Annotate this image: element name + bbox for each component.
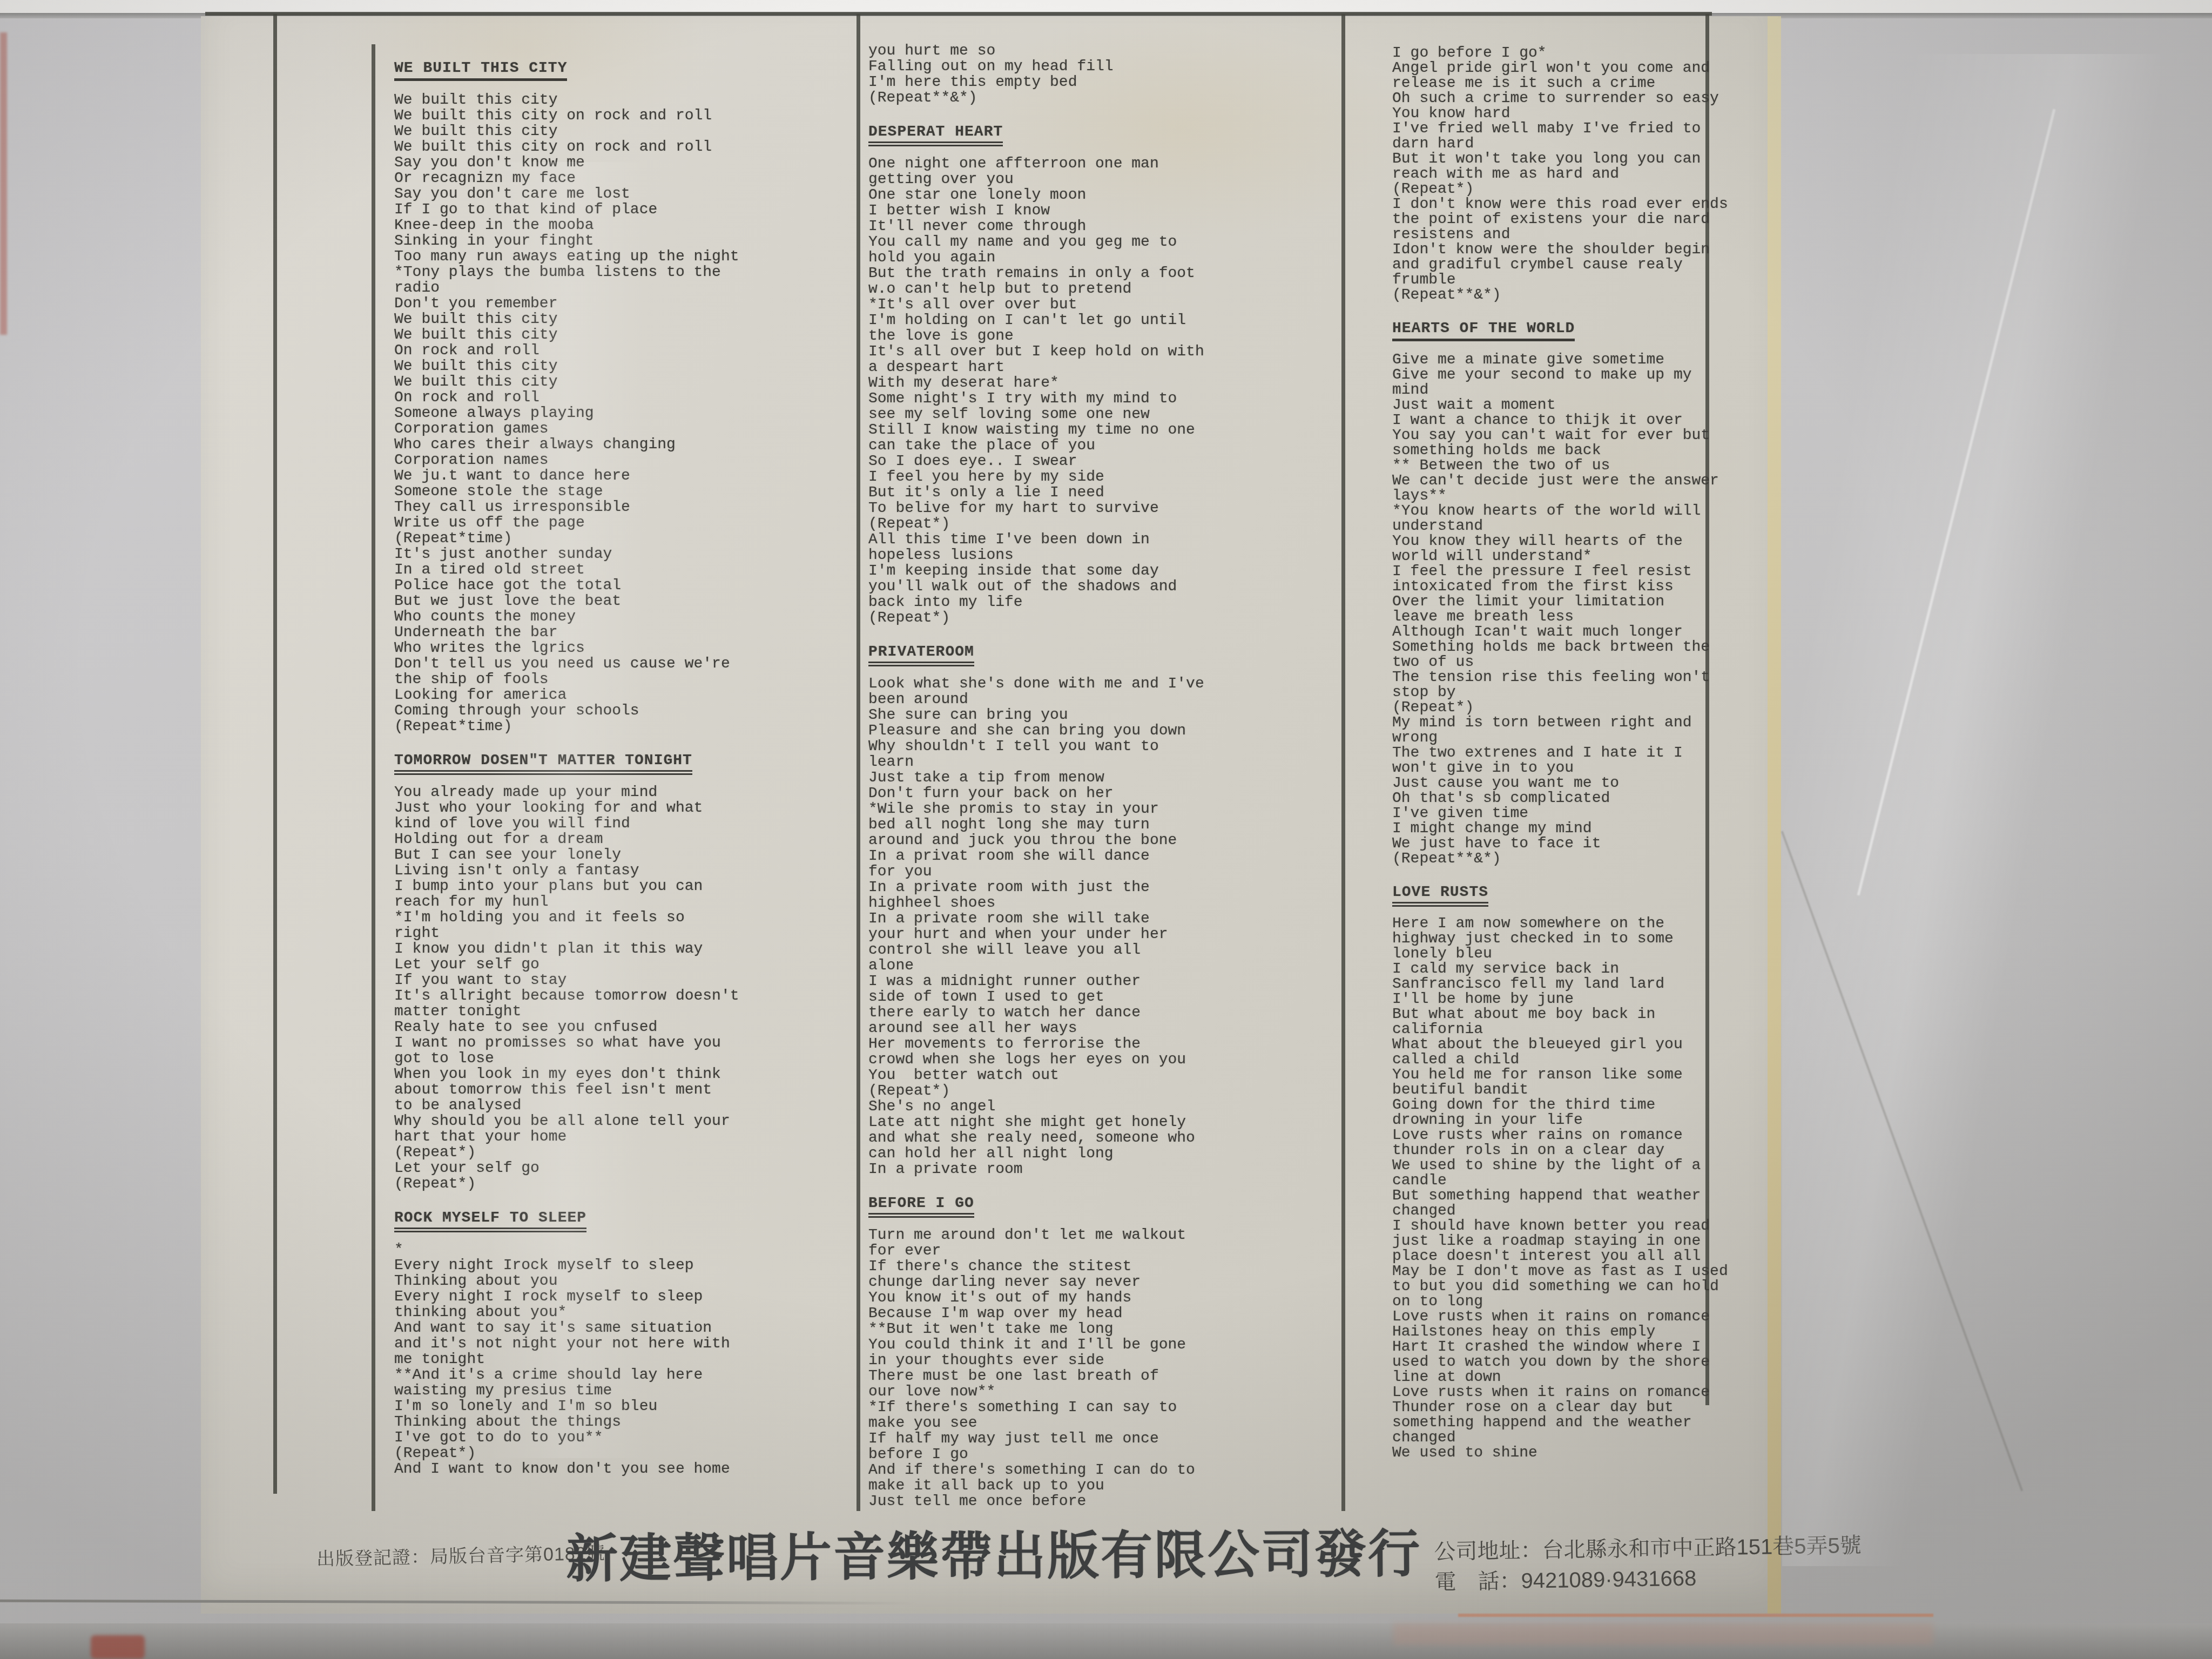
song-section-heading: WE BUILT THIS CITY — [394, 60, 848, 76]
lyric-line: you'll walk out of the shadows and — [868, 579, 1333, 595]
lyric-line: But something happend that weather — [1392, 1189, 1824, 1204]
lyric-line: make you see — [868, 1415, 1333, 1431]
frame-rule-top — [205, 12, 1712, 16]
lyric-line: chunge darling never say never — [868, 1274, 1333, 1290]
lyric-line: We just have to face it — [1392, 837, 1824, 852]
frame-rule-col1-col2 — [857, 14, 860, 1511]
song-title: DESPERAT HEART — [868, 124, 1003, 146]
lyric-line: I better wish I know — [868, 203, 1333, 219]
lyric-line: (Repeat*) — [394, 1145, 848, 1161]
lyric-line: intoxicated from the first kiss — [1392, 579, 1824, 595]
lyric-line: Just cause you want me to — [1392, 776, 1824, 791]
song-title: BEFORE I GO — [868, 1195, 974, 1218]
lyric-line: Because I'm wap over my head — [868, 1306, 1333, 1321]
lyric-line: You know they will hearts of the — [1392, 534, 1824, 549]
lyric-line: won't give in to you — [1392, 761, 1824, 776]
publisher-contact: 公司地址：台北縣永和市中正路151巷5弄5號 電 話：9421089·94316… — [1434, 1530, 1862, 1597]
lyric-line: got to lose — [394, 1051, 848, 1067]
lyric-line: Just tell me once before — [868, 1494, 1333, 1509]
lyric-line: (Repeat*) — [394, 1176, 848, 1192]
song-section-heading: LOVE RUSTS — [1392, 885, 1824, 900]
lyric-line: We used to shine — [1392, 1446, 1824, 1461]
lyric-line: *I'm holding you and it feels so — [394, 910, 848, 926]
lyric-line: something holds me back — [1392, 443, 1824, 458]
lyric-line: Someone stole the stage — [394, 484, 848, 500]
lyric-line: place doesn't interest you all all — [1392, 1249, 1824, 1264]
lyric-line: Here I am now somewhere on the — [1392, 916, 1824, 932]
lyric-line: If you want to stay — [394, 973, 848, 988]
lyric-line: the love is gone — [868, 328, 1333, 344]
lyric-line: radio — [394, 280, 848, 296]
lyric-column-2: you hurt me soFalling out on my head fil… — [868, 43, 1333, 1509]
lyric-line: It's allright because tomorrow doesn't — [394, 988, 848, 1004]
lyric-line: We built this city — [394, 374, 848, 390]
lyric-line: Hailstones heay on this emply — [1392, 1325, 1824, 1340]
lyric-line: see my self loving some one new — [868, 407, 1333, 422]
lyric-line: make it all back up to you — [868, 1478, 1333, 1494]
lyric-line: to be analysed — [394, 1098, 848, 1114]
song-section-heading: TOMORROW DOSEN"T MATTER TONIGHT — [394, 753, 848, 768]
lyric-line: She sure can bring you — [868, 707, 1333, 723]
lyric-line: in your thoughts ever side — [868, 1353, 1333, 1368]
lyric-line: And want to say it's same situation — [394, 1320, 848, 1336]
lyric-line: *It's all over over but — [868, 297, 1333, 313]
frame-rule-col1-left — [372, 44, 375, 1511]
lyric-line: reach for my hunl — [394, 894, 848, 910]
lyric-line: Give me a minate give sometime — [1392, 353, 1824, 368]
lyric-line: (Repeat*) — [394, 1446, 848, 1461]
lyric-line: What about the bleueyed girl you — [1392, 1037, 1824, 1053]
lyric-line: They call us irresponsible — [394, 500, 848, 515]
lyric-line: In a privat room she will dance — [868, 848, 1333, 864]
lyric-line: My mind is torn between right and — [1392, 716, 1824, 731]
lyric-line: Underneath the bar — [394, 625, 848, 640]
lyric-line: You already made up your mind — [394, 785, 848, 800]
lyric-line: Still I know waisting my time no one — [868, 422, 1333, 438]
lyric-line: There must be one last breath of — [868, 1368, 1333, 1384]
lyric-line: kind of love you will find — [394, 816, 848, 832]
lyric-line: there early to watch her dance — [868, 1005, 1333, 1021]
lyric-line: used to watch you down by the shore — [1392, 1355, 1824, 1370]
lyric-line: (Repeat*time) — [394, 531, 848, 547]
lyric-line: line at down — [1392, 1370, 1824, 1385]
lyric-line: for you — [868, 864, 1333, 880]
lyric-line: May be I don't move as fast as I used — [1392, 1264, 1824, 1279]
lyric-line: (Repeat*) — [868, 516, 1333, 532]
lyric-line: getting over you — [868, 172, 1333, 187]
lyric-line: In a private room she will take — [868, 911, 1333, 927]
lyric-line: We built this city — [394, 92, 848, 108]
lyric-line: Give me your second to make up my — [1392, 368, 1824, 383]
song-title: PRIVATEROOM — [868, 644, 974, 666]
lyric-line: before I go — [868, 1447, 1333, 1462]
pink-reflection — [1393, 1623, 1933, 1645]
lyric-line: candle — [1392, 1174, 1824, 1189]
lyric-line: *If there's something I can say to — [868, 1400, 1333, 1415]
lyric-line: ** Between the two of us — [1392, 458, 1824, 474]
lyric-line: Love rusts wher rains on romance — [1392, 1128, 1824, 1143]
song-section-heading: PRIVATEROOM — [868, 644, 1333, 660]
lyric-line: me tonight — [394, 1352, 848, 1367]
lyric-line: Thinking about you — [394, 1273, 848, 1289]
photo-of-lp-lyric-sheet: WE BUILT THIS CITYWe built this cityWe b… — [0, 0, 2212, 1659]
lyric-line: lays** — [1392, 489, 1824, 504]
red-sleeve-sliver — [0, 32, 7, 335]
lyric-line: If there's chance the stitest — [868, 1259, 1333, 1274]
lyric-line: Too many run aways eating up the night — [394, 249, 848, 265]
lyric-line: And if there's something I can do to — [868, 1462, 1333, 1478]
lyric-line: Sanfrancisco fell my land lard — [1392, 977, 1824, 992]
lyric-line: I've given time — [1392, 806, 1824, 821]
lyric-line: Police hace got the total — [394, 578, 848, 594]
lyric-line: We built this city — [394, 124, 848, 139]
song-title: LOVE RUSTS — [1392, 884, 1488, 907]
lyric-line: hart that your home — [394, 1129, 848, 1145]
lyric-line: We built this city — [394, 327, 848, 343]
lyric-line: (Repeat**&*) — [868, 90, 1333, 106]
lyric-line: Holding out for a dream — [394, 832, 848, 847]
lyric-line: crowd when she logs her eyes on you — [868, 1052, 1333, 1068]
lyric-line: You know it's out of my hands — [868, 1290, 1333, 1306]
lyric-column-3: I go before I go*Angel pride girl won't … — [1392, 46, 1824, 1461]
lyric-line: waisting my presius time — [394, 1383, 848, 1399]
lyric-line: I should have known better you read — [1392, 1219, 1824, 1234]
lyric-line: But it's only a lie I need — [868, 485, 1333, 501]
lyric-line: mind — [1392, 383, 1824, 398]
lyric-line: back into my life — [868, 595, 1333, 610]
lyric-line: You could think it and I'll be gone — [868, 1337, 1333, 1353]
lyric-line: You held me for ranson like some — [1392, 1068, 1824, 1083]
lyric-line: Late att night she might get honely — [868, 1115, 1333, 1130]
lyric-line: We built this city — [394, 312, 848, 327]
lyric-line: Just who your looking for and what — [394, 800, 848, 816]
lyric-line: Over the limit your limitation — [1392, 595, 1824, 610]
lyric-line: Every night Irock myself to sleep — [394, 1258, 848, 1273]
lyric-line: hopeless lusions — [868, 548, 1333, 563]
lyric-line: Hart It crashed the window where I — [1392, 1340, 1824, 1355]
lyric-line: Who writes the lgrics — [394, 640, 848, 656]
lyric-line: understand — [1392, 519, 1824, 534]
lyric-line: To belive for my hart to survive — [868, 501, 1333, 516]
lyric-line: Or recagnizn my face — [394, 171, 848, 186]
lyric-line: Oh such a crime to surrender so easy — [1392, 91, 1824, 106]
lyric-line: Why should you be all alone tell your — [394, 1114, 848, 1129]
lyric-line: you hurt me so — [868, 43, 1333, 59]
lyric-line: I'm so lonely and I'm so bleu — [394, 1399, 848, 1414]
lyric-line: (Repeat*) — [1392, 700, 1824, 716]
lyric-line: We can't decide just were the answer — [1392, 474, 1824, 489]
lyric-line: Let your self go — [394, 1161, 848, 1176]
lyric-line: And I want to know don't you see home — [394, 1461, 848, 1477]
lyric-line: Write us off the page — [394, 515, 848, 531]
inner-sleeve-edge — [1458, 1614, 1933, 1617]
lyric-line: I feel you here by my side — [868, 469, 1333, 485]
lyric-line: Knee-deep in the mooba — [394, 218, 848, 233]
lyric-line: In a tired old street — [394, 562, 848, 578]
lyric-line: (Repeat**&*) — [1392, 852, 1824, 867]
lyric-line: You call my name and you geg me to — [868, 234, 1333, 250]
lyric-line: Just wait a moment — [1392, 398, 1824, 413]
lyric-line: wrong — [1392, 731, 1824, 746]
song-section-heading: DESPERAT HEART — [868, 124, 1333, 140]
lyric-line: I bump into your plans but you can — [394, 879, 848, 894]
lyric-line: california — [1392, 1022, 1824, 1037]
lyric-line: I know you didn't plan it this way — [394, 941, 848, 957]
lyric-line: Thunder rose on a clear day but — [1392, 1400, 1824, 1415]
lyric-line: just like a roadmap staying in one — [1392, 1234, 1824, 1249]
lyric-line: So I does eye.. I swear — [868, 454, 1333, 469]
lyric-line: It's all over but I keep hold on with — [868, 344, 1333, 360]
lyric-line: around see all her ways — [868, 1021, 1333, 1036]
lyric-line: beutiful bandit — [1392, 1083, 1824, 1098]
frame-rule-col2-col3 — [1341, 14, 1345, 1511]
lyric-line: We built this city on rock and roll — [394, 108, 848, 124]
song-title: WE BUILT THIS CITY — [394, 60, 567, 81]
lyric-line: Let your self go — [394, 957, 848, 973]
lyric-line: On rock and roll — [394, 390, 848, 406]
lyric-line: bed all noght long she may turn — [868, 817, 1333, 833]
lyric-line: and what she realy need, someone who — [868, 1130, 1333, 1146]
lyric-line: alone — [868, 958, 1333, 974]
lyric-line: I'm here this empty bed — [868, 75, 1333, 90]
lyric-line: Her movements to ferrorise the — [868, 1036, 1333, 1052]
lyric-line: Turn me around don't let me walkout — [868, 1228, 1333, 1243]
plastic-sheen — [1782, 54, 2160, 1566]
lyric-line: One star one lonely moon — [868, 187, 1333, 203]
lyric-line: Don't you remember — [394, 296, 848, 312]
lyric-line: darn hard — [1392, 137, 1824, 152]
lyric-line: Idon't know were the shoulder begin — [1392, 242, 1824, 258]
lyric-line: Pleasure and she can bring you down — [868, 723, 1333, 739]
lyric-line: stop by — [1392, 685, 1824, 700]
lyric-line: Love rusts when it rains on romance — [1392, 1385, 1824, 1400]
lyric-line: * — [394, 1242, 848, 1258]
lyric-line: drowning in your life — [1392, 1113, 1824, 1128]
lyric-line: a despeart hart — [868, 360, 1333, 375]
lyric-line: I feel the pressure I feel resist — [1392, 564, 1824, 579]
lyric-line: But the trath remains in only a foot — [868, 266, 1333, 281]
frame-rule-left-outer — [273, 14, 277, 1494]
lyric-line: (Repeat*time) — [394, 719, 848, 734]
lyric-line: on to long — [1392, 1294, 1824, 1310]
lyric-line: Looking for america — [394, 687, 848, 703]
lyric-line: Say you don't know me — [394, 155, 848, 171]
publisher-name: 新建聲唱片音樂帶出版有限公司發行 — [566, 1513, 1422, 1592]
lyric-line: (Repeat*) — [1392, 182, 1824, 197]
lyric-line: I want a chance to thijk it over — [1392, 413, 1824, 428]
lyric-line: Sinking in your finght — [394, 233, 848, 249]
lyric-line: Say you don't care me lost — [394, 186, 848, 202]
lyric-line: our love now** — [868, 1384, 1333, 1400]
song-title: HEARTS OF THE WORLD — [1392, 320, 1575, 341]
lyric-line: release me is it such a crime — [1392, 76, 1824, 91]
lyric-line: matter tonight — [394, 1004, 848, 1020]
lyric-line: (Repeat*) — [868, 610, 1333, 626]
lyric-line: I've fried well maby I've fried to — [1392, 122, 1824, 137]
lyric-line: Why shouldn't I tell you want to — [868, 739, 1333, 754]
lyric-line: You say you can't wait for ever but — [1392, 428, 1824, 443]
lyric-line: leave me breath less — [1392, 610, 1824, 625]
lyric-line: can take the place of you — [868, 438, 1333, 454]
lyric-line: It's just another sunday — [394, 547, 848, 562]
lyric-line: She's no angel — [868, 1099, 1333, 1115]
lyric-line: But I can see your lonely — [394, 847, 848, 863]
lyric-line: It'll never come through — [868, 219, 1333, 234]
lyric-line: highheel shoes — [868, 895, 1333, 911]
lyric-line: I go before I go* — [1392, 46, 1824, 61]
lyric-line: We built this city on rock and roll — [394, 139, 848, 155]
lyric-line: The two extrenes and I hate it I — [1392, 746, 1824, 761]
lyric-line: We used to shine by the light of a — [1392, 1158, 1824, 1174]
lyric-line: You know hard — [1392, 106, 1824, 122]
lyric-line: Realy hate to see you cnfused — [394, 1020, 848, 1035]
lyric-line: I'm keeping inside that some day — [868, 563, 1333, 579]
lyric-line: Look what she's done with me and I've — [868, 676, 1333, 692]
lyric-line: Some night's I try with my mind to — [868, 391, 1333, 407]
lyric-line: highway just checked in to some — [1392, 932, 1824, 947]
lyric-line: Oh that's sb complicated — [1392, 791, 1824, 806]
lyric-line: Falling out on my head fill — [868, 59, 1333, 75]
lyric-line: You better watch out — [868, 1068, 1333, 1083]
lyric-line: I might change my mind — [1392, 821, 1824, 837]
lyric-line: right — [394, 926, 848, 941]
publisher-phone: 電 話：9421089·9431668 — [1434, 1561, 1862, 1597]
lyric-line: I'm holding on I can't let go until — [868, 313, 1333, 328]
lyric-line: changed — [1392, 1204, 1824, 1219]
lyric-line: around and juck you throu the bone — [868, 833, 1333, 848]
lyric-column-1: WE BUILT THIS CITYWe built this cityWe b… — [394, 60, 848, 1477]
wall-strip — [0, 0, 2212, 13]
lyric-line: two of us — [1392, 655, 1824, 670]
lyric-line: the ship of fools — [394, 672, 848, 687]
lyric-line: Don't furn your back on her — [868, 786, 1333, 801]
lyric-line: control she will leave you all — [868, 942, 1333, 958]
song-title: TOMORROW DOSEN"T MATTER TONIGHT — [394, 752, 692, 775]
lyric-line: I'll be home by june — [1392, 992, 1824, 1007]
lyric-line: learn — [868, 754, 1333, 770]
lyric-line: thinking about you* — [394, 1305, 848, 1320]
lyric-line: and it's not night your not here with — [394, 1336, 848, 1352]
lyric-line: been around — [868, 692, 1333, 707]
lyric-line: When you look in my eyes don't think — [394, 1067, 848, 1082]
lyric-line: I don't know were this road ever ends — [1392, 197, 1824, 212]
lyric-line: But what about me boy back in — [1392, 1007, 1824, 1022]
lyric-line: All this time I've been down in — [868, 532, 1333, 548]
lyric-line: Corporation games — [394, 421, 848, 437]
lyric-line: to but you did something we can hold — [1392, 1279, 1824, 1294]
lyric-line: *Tony plays the bumba listens to the — [394, 265, 848, 280]
lyric-line: resistens and — [1392, 227, 1824, 242]
lyric-line: If I go to that kind of place — [394, 202, 848, 218]
lyric-line: The tension rise this feeling won't — [1392, 670, 1824, 685]
lyric-line: the point of existens your die nard — [1392, 212, 1824, 227]
lyric-line: Every night I rock myself to sleep — [394, 1289, 848, 1305]
lyric-line: Who cares their always changing — [394, 437, 848, 453]
lyric-line: I want no promisses so what have you — [394, 1035, 848, 1051]
lyric-line: Just take a tip from menow — [868, 770, 1333, 786]
lyric-line: side of town I used to get — [868, 989, 1333, 1005]
lyric-line: can hold her all night long — [868, 1146, 1333, 1162]
lyric-line: *You know hearts of the world will — [1392, 504, 1824, 519]
lyric-line: w.o can't help but to pretend — [868, 281, 1333, 297]
lyric-line: (Repeat**&*) — [1392, 288, 1824, 303]
lyric-line: We ju.t want to dance here — [394, 468, 848, 484]
lyric-line: changed — [1392, 1431, 1824, 1446]
lyric-line: If half my way just tell me once — [868, 1431, 1333, 1447]
song-title: ROCK MYSELF TO SLEEP — [394, 1210, 586, 1232]
lyric-line: Coming through your schools — [394, 703, 848, 719]
lyric-line: thunder rols in on a clear day — [1392, 1143, 1824, 1158]
lyric-line: In a private room with just the — [868, 880, 1333, 895]
lyric-line: One night one affterroon one man — [868, 156, 1333, 172]
lyric-line: your hurt and when your under her — [868, 927, 1333, 942]
lyric-line: I was a midnight runner outher — [868, 974, 1333, 989]
lyric-line: hold you again — [868, 250, 1333, 266]
song-section-heading: BEFORE I GO — [868, 1196, 1333, 1211]
plastic-crease — [1857, 109, 2056, 896]
lyric-line: On rock and roll — [394, 343, 848, 359]
lyric-line: Although Ican't wait much longer — [1392, 625, 1824, 640]
red-smudge — [91, 1635, 145, 1659]
lyric-line: I cald my service back in — [1392, 962, 1824, 977]
lyric-line: (Repeat*) — [868, 1083, 1333, 1099]
lyric-line: But it won't take you long you can — [1392, 152, 1824, 167]
lyric-line: frumble — [1392, 273, 1824, 288]
song-section-heading: HEARTS OF THE WORLD — [1392, 321, 1824, 336]
lyric-line: **But it wen't take me long — [868, 1321, 1333, 1337]
song-section-heading: ROCK MYSELF TO SLEEP — [394, 1210, 848, 1226]
lyric-line: Someone always playing — [394, 406, 848, 421]
lyric-line: about tomorrow this feel isn't ment — [394, 1082, 848, 1098]
lyric-line: and gradiful crymbel cause realy — [1392, 258, 1824, 273]
lyric-line: for ever — [868, 1243, 1333, 1259]
lyric-line: Something holds me back brtween the — [1392, 640, 1824, 655]
lyric-line: Living isn't only a fantasy — [394, 863, 848, 879]
lyric-line: I've got to do to you** — [394, 1430, 848, 1446]
lyric-line: With my deserat hare* — [868, 375, 1333, 391]
lyric-line: Angel pride girl won't you come and — [1392, 61, 1824, 76]
lyric-line: Don't tell us you need us cause we're — [394, 656, 848, 672]
lyric-line: lonely bleu — [1392, 947, 1824, 962]
lyric-line: world will understand* — [1392, 549, 1824, 564]
lyric-line: Going down for the third time — [1392, 1098, 1824, 1113]
lyric-line: But we just love the beat — [394, 594, 848, 609]
lyric-line: something happend and the weather — [1392, 1415, 1824, 1431]
lyric-line: **And it's a crime should lay here — [394, 1367, 848, 1383]
lyric-line: In a private room — [868, 1162, 1333, 1177]
lyric-line: Love rusts when it rains on romance — [1392, 1310, 1824, 1325]
lyric-line: Corporation names — [394, 453, 848, 468]
lyric-line: *Wile she promis to stay in your — [868, 801, 1333, 817]
lyric-line: reach with me as hard and — [1392, 167, 1824, 182]
lyric-line: Who counts the money — [394, 609, 848, 625]
lyric-line: Thinking about the things — [394, 1414, 848, 1430]
lyric-line: called a child — [1392, 1053, 1824, 1068]
lyric-line: We built this city — [394, 359, 848, 374]
